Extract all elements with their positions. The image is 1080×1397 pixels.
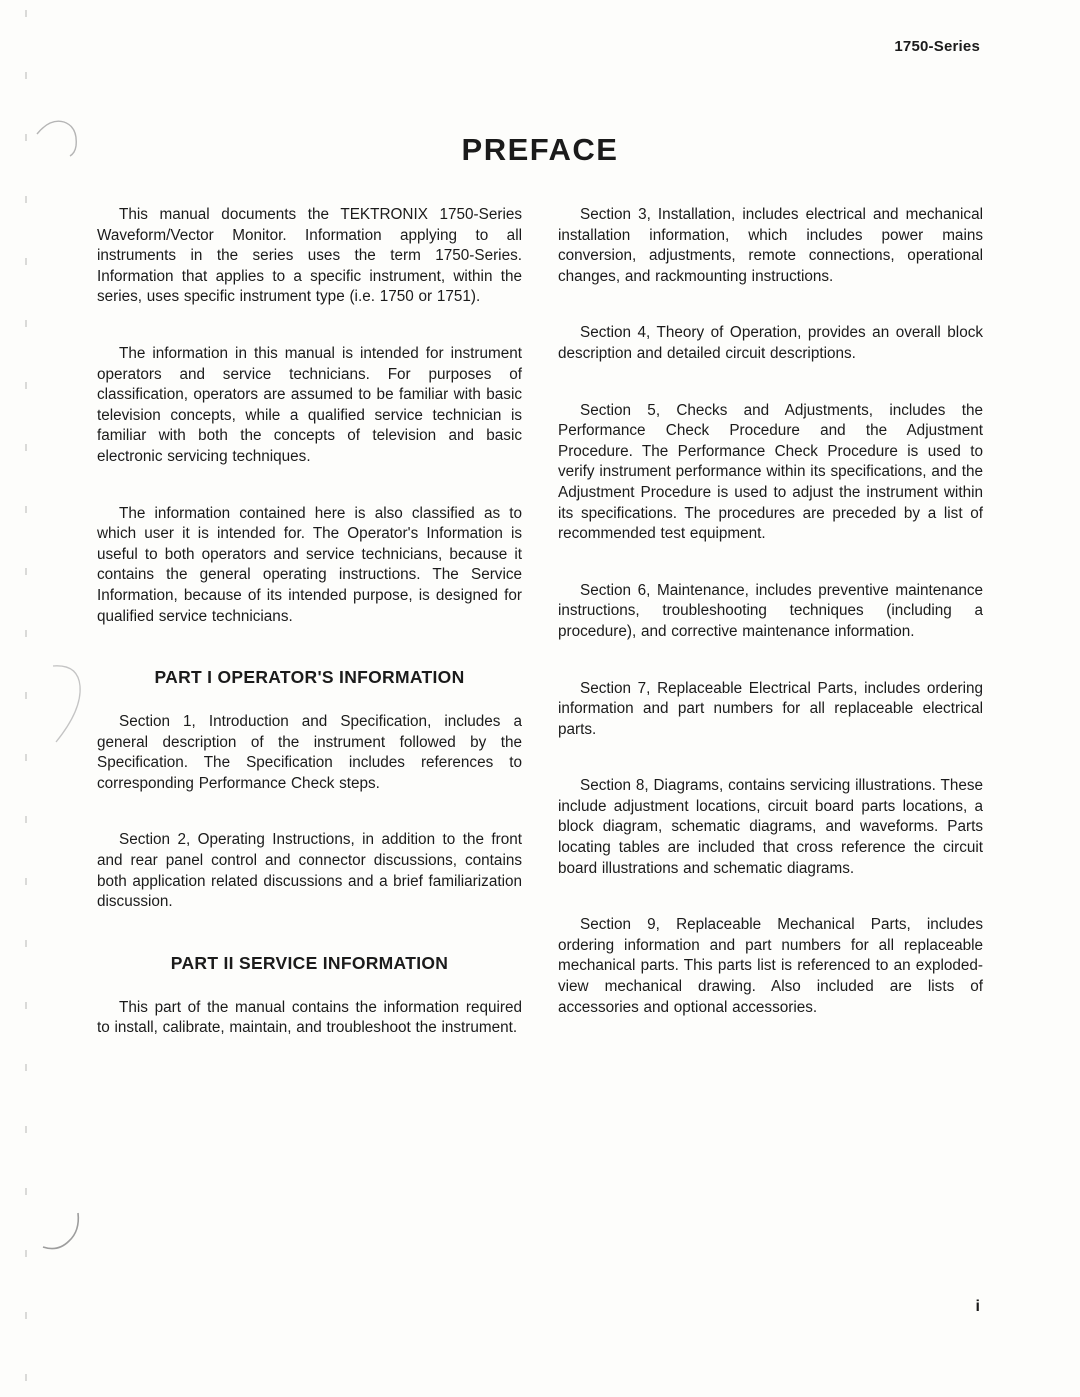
intro-paragraph-2: The information in this manual is intend… [97, 344, 522, 468]
left-column: This manual documents the TEKTRONIX 1750… [97, 205, 522, 1039]
section-3-paragraph: Section 3, Installation, includes electr… [558, 205, 983, 287]
right-column: Section 3, Installation, includes electr… [558, 205, 983, 1039]
section-8-paragraph: Section 8, Diagrams, contains servicing … [558, 776, 983, 879]
series-header: 1750-Series [894, 38, 980, 55]
section-7-paragraph: Section 7, Replaceable Electrical Parts,… [558, 679, 983, 741]
part1-heading: PART I OPERATOR'S INFORMATION [97, 667, 522, 688]
intro-paragraph-3: The information contained here is also c… [97, 504, 522, 628]
section-6-paragraph: Section 6, Maintenance, includes prevent… [558, 581, 983, 643]
section-5-paragraph: Section 5, Checks and Adjustments, inclu… [558, 401, 983, 545]
section-2-paragraph: Section 2, Operating Instructions, in ad… [97, 830, 522, 912]
intro-paragraph-1: This manual documents the TEKTRONIX 1750… [97, 205, 522, 308]
section-4-paragraph: Section 4, Theory of Operation, provides… [558, 323, 983, 364]
scan-edge-marks [25, 10, 27, 1390]
two-column-body: This manual documents the TEKTRONIX 1750… [97, 205, 983, 1039]
part2-heading: PART II SERVICE INFORMATION [97, 953, 522, 974]
part2-intro-paragraph: This part of the manual contains the inf… [97, 998, 522, 1039]
section-1-paragraph: Section 1, Introduction and Specificatio… [97, 712, 522, 794]
section-9-paragraph: Section 9, Replaceable Mechanical Parts,… [558, 915, 983, 1018]
page-number: i [976, 1298, 980, 1316]
manual-preface-page: 1750-Series PREFACE This manual document… [0, 0, 1080, 1397]
page-title: PREFACE [0, 132, 1080, 168]
